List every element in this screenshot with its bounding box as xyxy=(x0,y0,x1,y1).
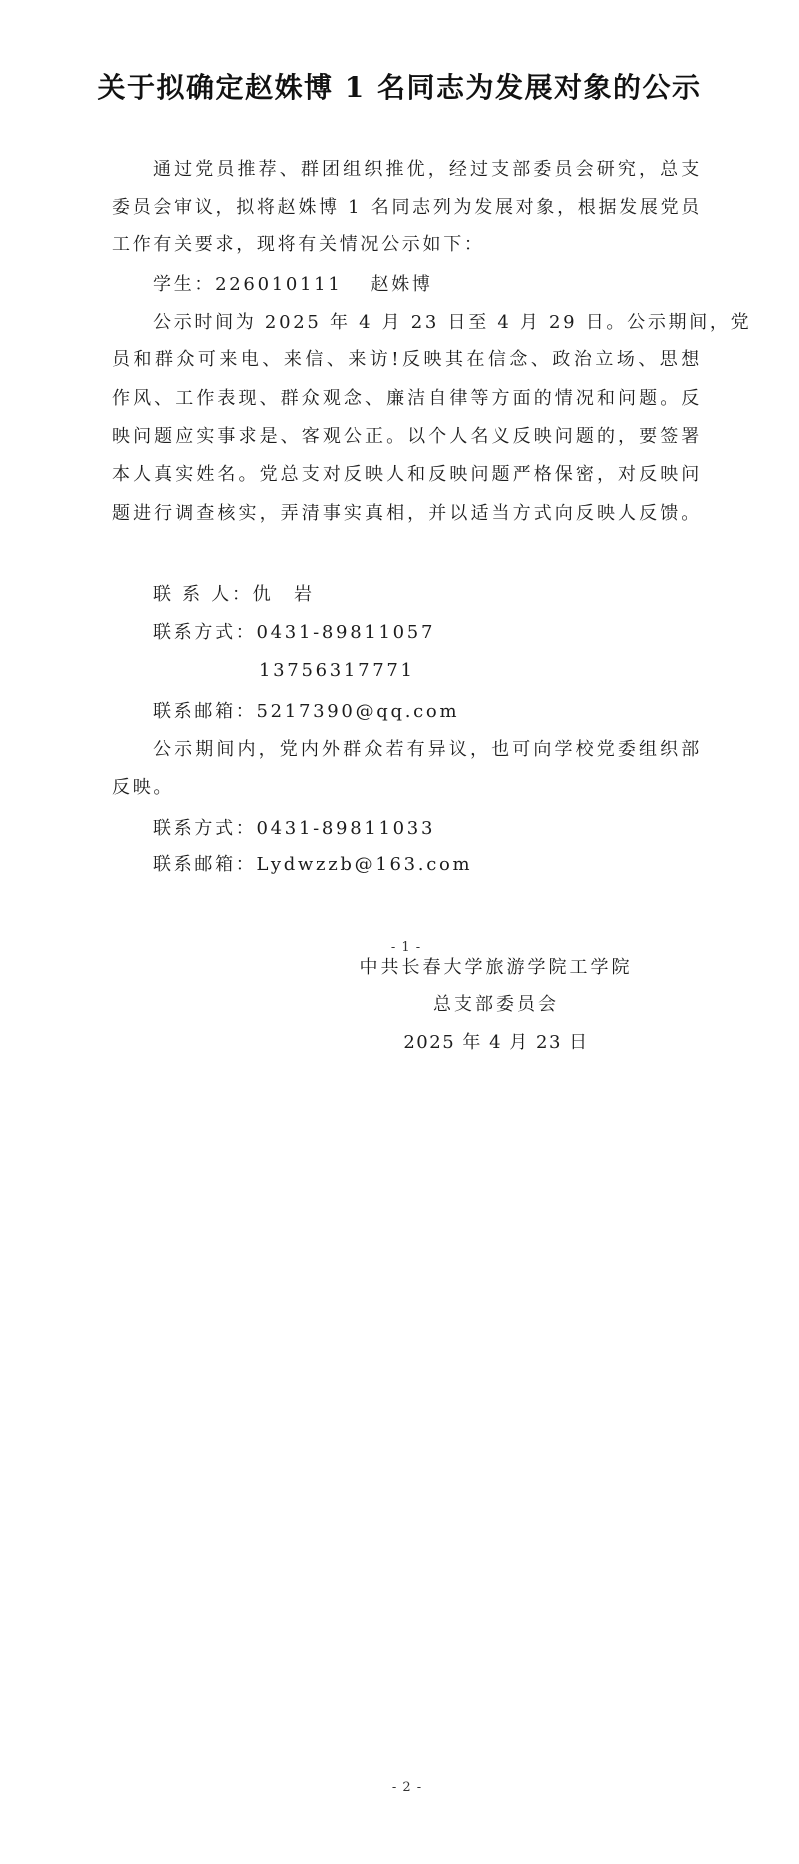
intro-line-3: 工作有关要求，现将有关情况公示如下： xyxy=(112,232,485,258)
document-title: 关于拟确定赵姝博 1 名同志为发展对象的公示 xyxy=(0,70,799,106)
notice-line-6: 题进行调查核实，弄清事实真相，并以适当方式向反映人反馈。 xyxy=(112,501,702,527)
page-number-1: - 1 - xyxy=(390,940,422,956)
contact-email-value: 5217390@qq.com xyxy=(257,701,460,722)
school-email-value: Lydwzzb@163.com xyxy=(257,854,473,875)
contact-person-row: 联 系 人：仇 岩 xyxy=(153,582,315,608)
contact-phone-value-1: 0431-89811057 xyxy=(257,622,436,643)
notice-line-3: 作风、工作表现、群众观念、廉洁自律等方面的情况和问题。反 xyxy=(112,386,702,412)
school-phone-row: 联系方式：0431-89811033 xyxy=(153,816,435,842)
contact-email-row: 联系邮箱：5217390@qq.com xyxy=(153,699,459,725)
contact-email-label: 联系邮箱： xyxy=(153,701,257,722)
student-row: 学生：226010111赵姝博 xyxy=(153,272,433,298)
student-name: 赵姝博 xyxy=(370,274,432,295)
school-phone-value: 0431-89811033 xyxy=(257,818,436,839)
contact-phone-label: 联系方式： xyxy=(153,622,257,643)
intro-line-2: 委员会审议，拟将赵姝博 1 名同志列为发展对象，根据发展党员 xyxy=(112,195,702,221)
signature-org-line-2: 总支部委员会 xyxy=(358,992,634,1018)
objection-line-2: 反映。 xyxy=(112,775,174,801)
student-id: 226010111 xyxy=(215,274,342,295)
signature-date: 2025 年 4 月 23 日 xyxy=(358,1030,634,1056)
document-page: 关于拟确定赵姝博 1 名同志为发展对象的公示 通过党员推荐、群团组织推优，经过支… xyxy=(0,0,799,1864)
student-label: 学生： xyxy=(153,274,215,295)
notice-line-5: 本人真实姓名。党总支对反映人和反映问题严格保密，对反映问 xyxy=(112,462,702,488)
school-phone-label: 联系方式： xyxy=(153,818,257,839)
contact-phone-row: 联系方式：0431-89811057 xyxy=(153,620,435,646)
notice-line-4: 映问题应实事求是、客观公正。以个人名义反映问题的，要签署 xyxy=(112,424,702,450)
intro-line-1: 通过党员推荐、群团组织推优，经过支部委员会研究，总支 xyxy=(153,157,702,183)
signature-org-line-1: 中共长春大学旅游学院工学院 xyxy=(358,955,634,981)
objection-line-1: 公示期间内，党内外群众若有异议，也可向学校党委组织部 xyxy=(153,737,702,763)
page-number-2: - 2 - xyxy=(390,1780,424,1796)
notice-line-1: 公示时间为 2025 年 4 月 23 日至 4 月 29 日。公示期间，党 xyxy=(153,310,702,336)
contact-person-label: 联 系 人： xyxy=(153,584,253,605)
contact-person-value: 仇 岩 xyxy=(253,584,315,605)
notice-line-2: 员和群众可来电、来信、来访!反映其在信念、政治立场、思想 xyxy=(112,347,702,373)
school-email-row: 联系邮箱：Lydwzzb@163.com xyxy=(153,852,472,878)
school-email-label: 联系邮箱： xyxy=(153,854,257,875)
contact-phone-value-2: 13756317771 xyxy=(259,658,415,684)
